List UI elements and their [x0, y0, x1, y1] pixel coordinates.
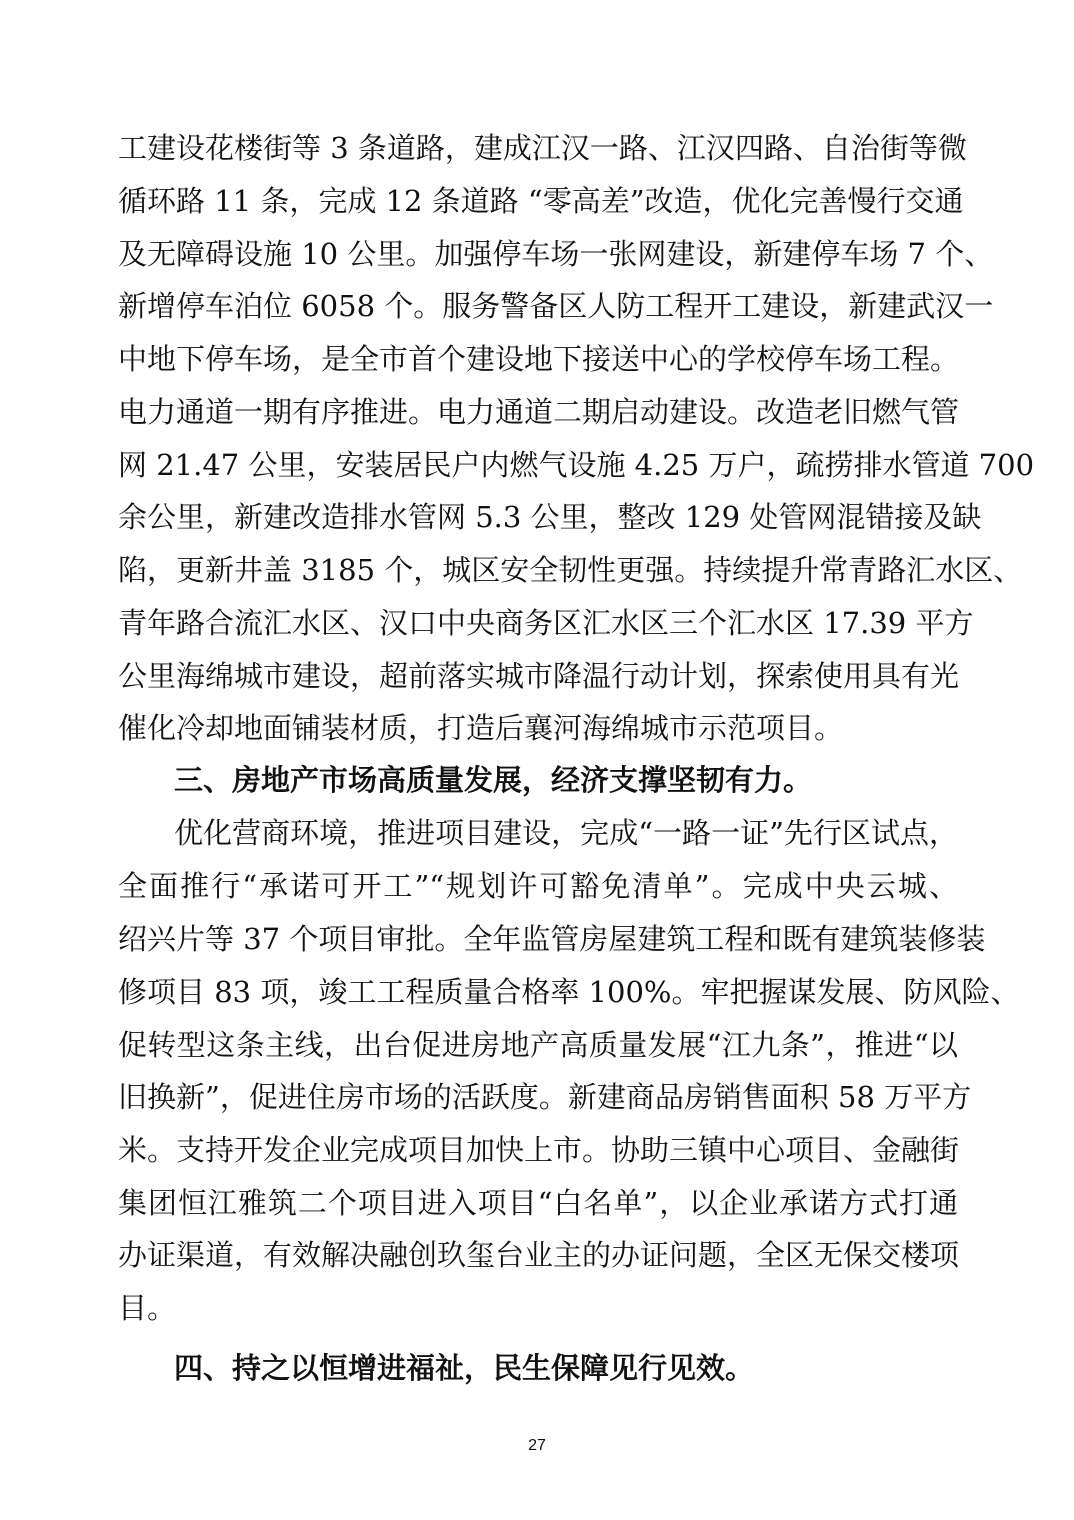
paragraph-line: 陷，更新井盖 3185 个，城区安全韧性更强。持续提升常青路汇水区、: [118, 550, 958, 590]
paragraph-line: 催化冷却地面铺装材质，打造后襄河海绵城市示范项目。: [118, 708, 958, 748]
paragraph-line: 绍兴片等 37 个项目审批。全年监管房屋建筑工程和既有建筑装修装: [118, 919, 958, 959]
paragraph-line: 循环路 11 条，完成 12 条道路 “零高差”改造，优化完善慢行交通: [118, 181, 958, 221]
paragraph-line: 公里海绵城市建设，超前落实城市降温行动计划，探索使用具有光: [118, 656, 958, 696]
paragraph-line: 电力通道一期有序推进。电力通道二期启动建设。改造老旧燃气管: [118, 392, 958, 432]
paragraph-line: 优化营商环境，推进项目建设，完成“一路一证”先行区试点，: [174, 813, 958, 853]
paragraph-line: 工建设花楼街等 3 条道路，建成江汉一路、江汉四路、自治街等微: [118, 128, 958, 168]
paragraph-line: 旧换新”，促进住房市场的活跃度。新建商品房销售面积 58 万平方: [118, 1077, 958, 1117]
page-number: 27: [0, 1437, 1074, 1455]
paragraph-line: 促转型这条主线，出台促进房地产高质量发展“江九条”，推进“以: [118, 1025, 958, 1065]
paragraph-line: 余公里，新建改造排水管网 5.3 公里，整改 129 处管网混错接及缺: [118, 497, 958, 537]
paragraph-line: 及无障碍设施 10 公里。加强停车场一张网建设，新建停车场 7 个、: [118, 234, 958, 274]
paragraph-line: 集团恒江雅筑二个项目进入项目“白名单”，以企业承诺方式打通: [118, 1183, 958, 1223]
paragraph-line: 目。: [118, 1288, 958, 1328]
paragraph-line: 修项目 83 项，竣工工程质量合格率 100%。牢把握谋发展、防风险、: [118, 972, 958, 1012]
section-heading: 三、房地产市场高质量发展，经济支撑坚韧有力。: [174, 760, 812, 800]
paragraph-line: 中地下停车场，是全市首个建设地下接送中心的学校停车场工程。: [118, 339, 958, 379]
paragraph-line: 办证渠道，有效解决融创玖玺台业主的办证问题，全区无保交楼项: [118, 1235, 958, 1275]
paragraph-line: 全面推行“承诺可开工”“规划许可豁免清单”。完成中央云城、: [118, 866, 958, 906]
paragraph-line: 网 21.47 公里，安装居民户内燃气设施 4.25 万户，疏捞排水管道 700: [118, 445, 958, 485]
paragraph-line: 青年路合流汇水区、汉口中央商务区汇水区三个汇水区 17.39 平方: [118, 603, 958, 643]
section-heading: 四、持之以恒增进福祉，民生保障见行见效。: [174, 1348, 754, 1388]
paragraph-line: 新增停车泊位 6058 个。服务警备区人防工程开工建设，新建武汉一: [118, 286, 958, 326]
document-page: 工建设花楼街等 3 条道路，建成江汉一路、江汉四路、自治街等微 循环路 11 条…: [0, 0, 1074, 1520]
paragraph-line: 米。支持开发企业完成项目加快上市。协助三镇中心项目、金融街: [118, 1130, 958, 1170]
